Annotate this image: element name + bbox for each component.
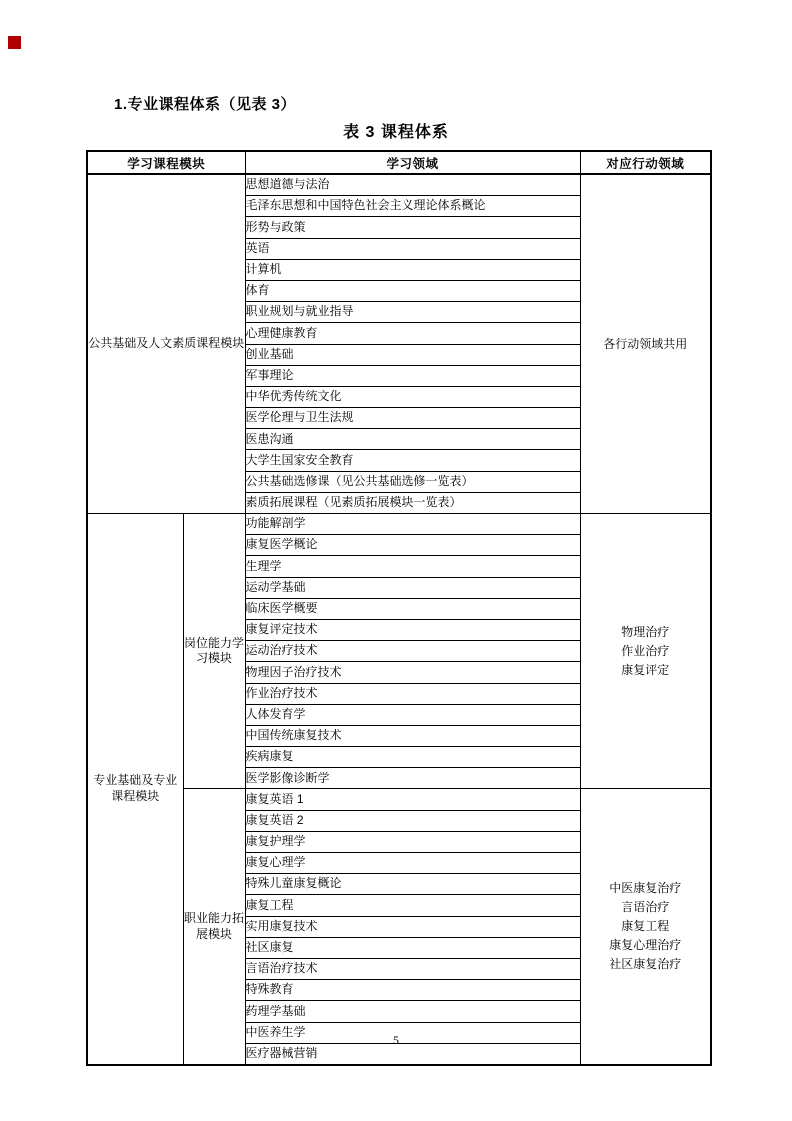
action-domain-cell: 各行动领域共用 xyxy=(580,174,711,514)
header-learning-area: 学习领域 xyxy=(245,151,580,174)
course-cell: 大学生国家安全教育 xyxy=(245,450,580,471)
course-table-container: 学习课程模块 学习领域 对应行动领域 公共基础及人文素质课程模块思想道德与法治各… xyxy=(86,150,712,1066)
action-domain-line: 中医康复治疗 xyxy=(581,879,711,898)
section-heading: 1.专业课程体系（见表 3） xyxy=(114,93,296,114)
course-cell: 实用康复技术 xyxy=(245,916,580,937)
course-cell: 社区康复 xyxy=(245,937,580,958)
action-domain-line: 物理治疗 xyxy=(581,623,711,642)
action-domain-line: 康复工程 xyxy=(581,917,711,936)
action-domain-cell: 中医康复治疗言语治疗康复工程康复心理治疗社区康复治疗 xyxy=(580,789,711,1065)
table-row: 专业基础及专业课程模块岗位能力学习模块功能解剖学物理治疗作业治疗康复评定 xyxy=(87,514,711,535)
course-cell: 康复医学概论 xyxy=(245,535,580,556)
course-cell: 医学伦理与卫生法规 xyxy=(245,408,580,429)
action-domain-line: 各行动领域共用 xyxy=(581,335,711,354)
table-header-row: 学习课程模块 学习领域 对应行动领域 xyxy=(87,151,711,174)
course-cell: 特殊教育 xyxy=(245,980,580,1001)
course-cell: 特殊儿童康复概论 xyxy=(245,874,580,895)
course-cell: 英语 xyxy=(245,238,580,259)
course-cell: 职业规划与就业指导 xyxy=(245,302,580,323)
table-caption: 表 3 课程体系 xyxy=(0,119,792,142)
course-cell: 人体发育学 xyxy=(245,704,580,725)
action-domain-line: 社区康复治疗 xyxy=(581,955,711,974)
action-domain-cell: 物理治疗作业治疗康复评定 xyxy=(580,514,711,789)
course-cell: 医患沟通 xyxy=(245,429,580,450)
course-cell: 心理健康教育 xyxy=(245,323,580,344)
course-cell: 药理学基础 xyxy=(245,1001,580,1022)
module-cell: 专业基础及专业课程模块 xyxy=(87,514,183,1065)
course-cell: 康复英语 1 xyxy=(245,789,580,810)
course-table-body: 公共基础及人文素质课程模块思想道德与法治各行动领域共用毛泽东思想和中国特色社会主… xyxy=(87,174,711,1065)
course-cell: 临床医学概要 xyxy=(245,598,580,619)
course-cell: 中华优秀传统文化 xyxy=(245,386,580,407)
course-cell: 物理因子治疗技术 xyxy=(245,662,580,683)
course-cell: 言语治疗技术 xyxy=(245,958,580,979)
course-table: 学习课程模块 学习领域 对应行动领域 公共基础及人文素质课程模块思想道德与法治各… xyxy=(86,150,712,1066)
course-cell: 作业治疗技术 xyxy=(245,683,580,704)
course-cell: 体育 xyxy=(245,280,580,301)
course-cell: 康复评定技术 xyxy=(245,619,580,640)
action-domain-line: 康复评定 xyxy=(581,661,711,680)
module-cell: 公共基础及人文素质课程模块 xyxy=(87,174,245,514)
submodule-cell: 岗位能力学习模块 xyxy=(183,514,245,789)
course-cell: 创业基础 xyxy=(245,344,580,365)
page-number: 5 xyxy=(0,1033,792,1048)
course-cell: 医学影像诊断学 xyxy=(245,768,580,789)
header-action-area: 对应行动领域 xyxy=(580,151,711,174)
course-cell: 功能解剖学 xyxy=(245,514,580,535)
course-cell: 思想道德与法治 xyxy=(245,174,580,196)
course-cell: 运动学基础 xyxy=(245,577,580,598)
course-cell: 运动治疗技术 xyxy=(245,641,580,662)
course-cell: 康复工程 xyxy=(245,895,580,916)
course-cell: 中国传统康复技术 xyxy=(245,725,580,746)
submodule-cell: 职业能力拓展模块 xyxy=(183,789,245,1065)
action-domain-line: 作业治疗 xyxy=(581,642,711,661)
course-cell: 毛泽东思想和中国特色社会主义理论体系概论 xyxy=(245,196,580,217)
corner-marker xyxy=(8,36,21,49)
course-cell: 疾病康复 xyxy=(245,747,580,768)
course-cell: 素质拓展课程（见素质拓展模块一览表） xyxy=(245,492,580,513)
document-page: 1.专业课程体系（见表 3） 表 3 课程体系 学习课程模块 学习领域 对应行动… xyxy=(0,0,792,1121)
action-domain-line: 言语治疗 xyxy=(581,898,711,917)
course-cell: 康复护理学 xyxy=(245,831,580,852)
course-cell: 计算机 xyxy=(245,259,580,280)
course-cell: 康复英语 2 xyxy=(245,810,580,831)
header-learning-module: 学习课程模块 xyxy=(87,151,245,174)
table-row: 公共基础及人文素质课程模块思想道德与法治各行动领域共用 xyxy=(87,174,711,196)
course-cell: 公共基础选修课（见公共基础选修一览表） xyxy=(245,471,580,492)
course-cell: 生理学 xyxy=(245,556,580,577)
course-cell: 形势与政策 xyxy=(245,217,580,238)
action-domain-line: 康复心理治疗 xyxy=(581,936,711,955)
course-cell: 军事理论 xyxy=(245,365,580,386)
course-cell: 康复心理学 xyxy=(245,853,580,874)
